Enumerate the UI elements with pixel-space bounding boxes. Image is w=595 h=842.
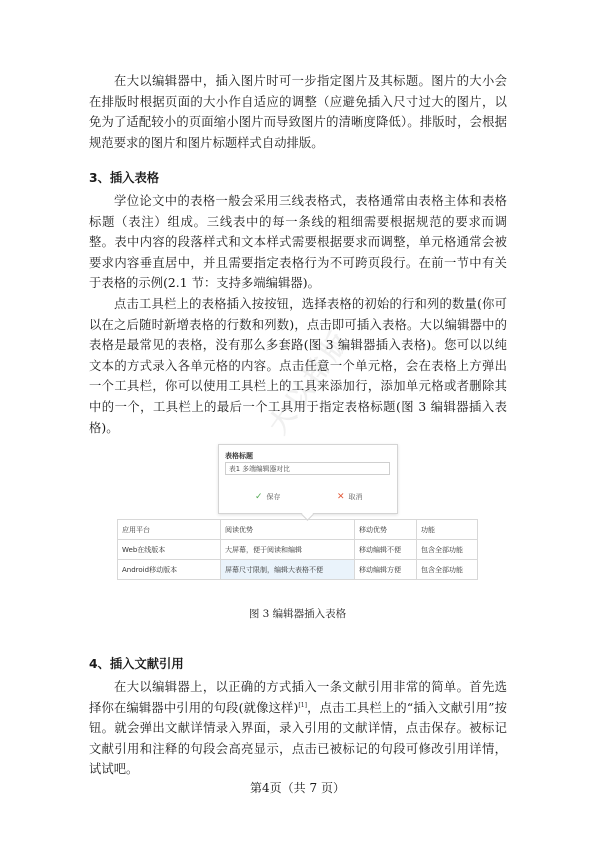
figure-caption: 图 3 编辑器插入表格 xyxy=(0,606,595,621)
comparison-table: 应用平台 阅读优势 移动优势 功能 Web在线版本 大屏幕，便于阅读和编辑 移动… xyxy=(117,519,478,580)
table-cell[interactable]: 移动编辑方便 xyxy=(355,560,417,580)
check-icon: ✓ xyxy=(255,492,263,502)
table-caption-popup: 表格标题 表1 多端编辑器对比 ✓ 保存 ✕ 取消 xyxy=(218,444,398,514)
popup-label: 表格标题 xyxy=(225,451,253,461)
table-caption-input[interactable]: 表1 多端编辑器对比 xyxy=(225,462,390,475)
figure-editor-insert-table: 表格标题 表1 多端编辑器对比 ✓ 保存 ✕ 取消 应用平台 阅读优势 移动优势… xyxy=(117,440,479,585)
table-row: Android移动版本 屏幕尺寸限制，编辑大表格不便 移动编辑方便 包含全部功能 xyxy=(118,560,478,580)
table-cell[interactable]: 大屏幕，便于阅读和编辑 xyxy=(221,540,355,560)
citation-marker[interactable]: [1] xyxy=(298,702,307,709)
paragraph-images: 在大以编辑器中，插入图片时可一步指定图片及其标题。图片的大小会在排版时根据页面的… xyxy=(89,71,507,153)
table-header-cell[interactable]: 功能 xyxy=(417,520,478,540)
heading-insert-table: 3、插入表格 xyxy=(89,168,159,186)
table-cell[interactable]: 包含全部功能 xyxy=(417,540,478,560)
close-icon: ✕ xyxy=(337,492,345,502)
cancel-button[interactable]: ✕ 取消 xyxy=(337,492,363,502)
save-button[interactable]: ✓ 保存 xyxy=(255,492,281,502)
table-header-cell[interactable]: 阅读优势 xyxy=(221,520,355,540)
paragraph-citation: 在大以编辑器上，以正确的方式插入一条文献引用非常的简单。首先选择你在编辑器中引用… xyxy=(89,677,507,780)
save-button-label: 保存 xyxy=(267,492,281,502)
heading-insert-citation: 4、插入文献引用 xyxy=(89,654,184,672)
table-cell[interactable]: 移动编辑不便 xyxy=(355,540,417,560)
table-cell[interactable]: Web在线版本 xyxy=(118,540,221,560)
cancel-button-label: 取消 xyxy=(349,492,363,502)
table-row: Web在线版本 大屏幕，便于阅读和编辑 移动编辑不便 包含全部功能 xyxy=(118,540,478,560)
paragraph-tables-1: 学位论文中的表格一般会采用三线表格式，表格通常由表格主体和表格标题（表注）组成。… xyxy=(89,191,507,294)
table-header-cell[interactable]: 移动优势 xyxy=(355,520,417,540)
table-header-row: 应用平台 阅读优势 移动优势 功能 xyxy=(118,520,478,540)
table-cell[interactable]: Android移动版本 xyxy=(118,560,221,580)
table-cell-selected[interactable]: 屏幕尺寸限制，编辑大表格不便 xyxy=(221,560,355,580)
table-cell[interactable]: 包含全部功能 xyxy=(417,560,478,580)
paragraph-tables-2: 点击工具栏上的表格插入按按钮，选择表格的初始的行和列的数量(你可以在之后随时新增… xyxy=(89,294,507,438)
table-header-cell[interactable]: 应用平台 xyxy=(118,520,221,540)
page-number: 第4页（共 7 页） xyxy=(0,779,595,796)
